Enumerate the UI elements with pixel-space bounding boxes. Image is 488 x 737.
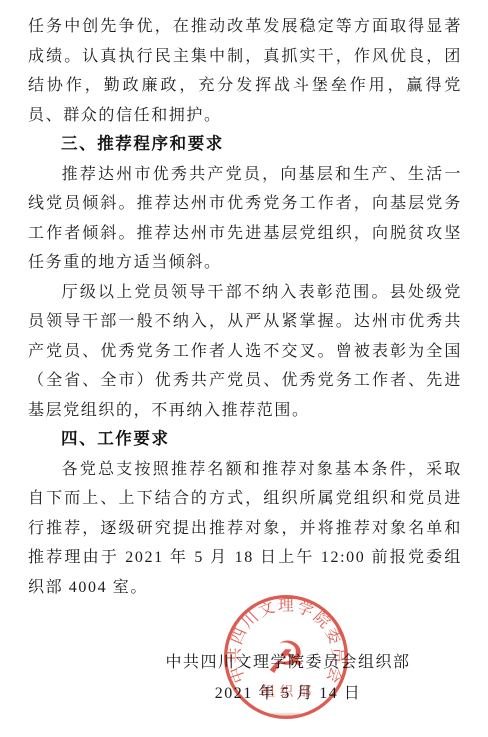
section-3-paragraph-1: 推荐达州市优秀共产党员，向基层和生产、生活一线党员倾斜。推荐达州市优秀党务工作者… xyxy=(28,160,462,278)
signature-block: 中共四川文理学院委员会组织部 2021 年 5 月 14 日 xyxy=(88,648,488,709)
section-heading-4: 四、工作要求 xyxy=(28,425,462,455)
continuation-paragraph: 任务中创先争优，在推动改革发展稳定等方面取得显著成绩。认真执行民主集中制，真抓实… xyxy=(28,12,462,130)
section-heading-3: 三、推荐程序和要求 xyxy=(28,130,462,160)
section-3-paragraph-2: 厅级以上党员领导干部不纳入表彰范围。县处级党员领导干部一般不纳入，从严从紧掌握。… xyxy=(28,278,462,426)
seal-serial-mark xyxy=(270,713,302,717)
signature-date: 2021 年 5 月 14 日 xyxy=(88,678,488,709)
document-page: 任务中创先争优，在推动改革发展稳定等方面取得显著成绩。认真执行民主集中制，真抓实… xyxy=(0,0,488,737)
signature-org: 中共四川文理学院委员会组织部 xyxy=(88,648,488,678)
section-4-paragraph-1: 各党总支按照推荐名额和推荐对象基本条件，采取自下而上、上下结合的方式，组织所属党… xyxy=(28,455,462,603)
